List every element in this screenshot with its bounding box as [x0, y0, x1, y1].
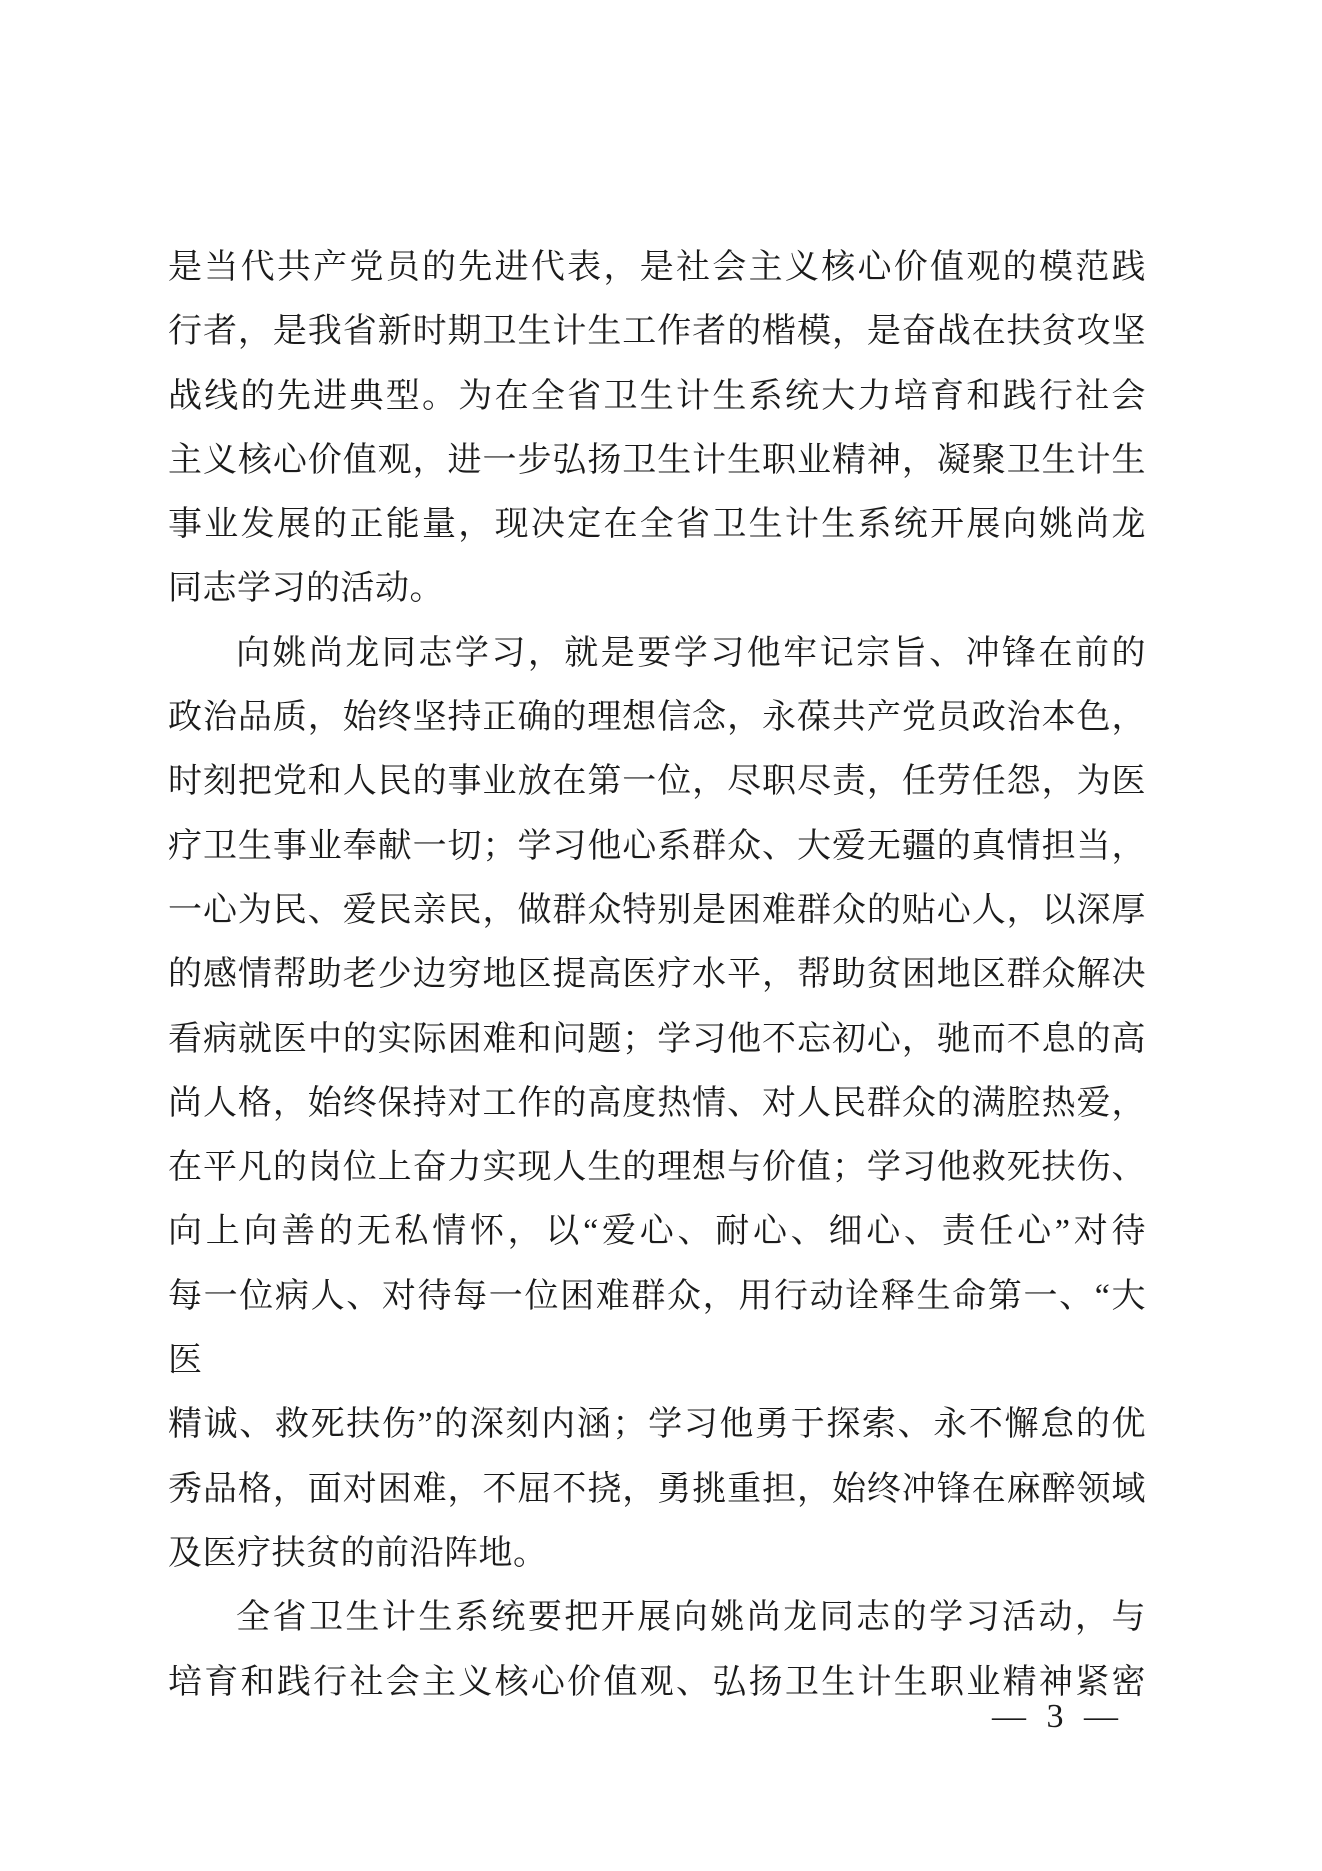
- text-line: 全省卫生计生系统要把开展向姚尚龙同志的学习活动，与: [168, 1586, 1146, 1650]
- document-body: 是当代共产党员的先进代表，是社会主义核心价值观的模范践行者，是我省新时期卫生计生…: [168, 236, 1146, 1715]
- text-line: 精诚、救死扶伤”的深刻内涵；学习他勇于探索、永不懈怠的优: [168, 1393, 1146, 1457]
- text-line: 每一位病人、对待每一位困难群众，用行动诠释生命第一、“大医: [168, 1265, 1146, 1394]
- text-line: 战线的先进典型。为在全省卫生计生系统大力培育和践行社会: [168, 365, 1146, 429]
- page-footer: — 3 —: [992, 1698, 1124, 1736]
- text-line: 在平凡的岗位上奋力实现人生的理想与价值；学习他救死扶伤、: [168, 1136, 1146, 1200]
- text-line: 政治品质，始终坚持正确的理想信念，永葆共产党员政治本色，: [168, 686, 1146, 750]
- text-line: 的感情帮助老少边穷地区提高医疗水平，帮助贫困地区群众解决: [168, 943, 1146, 1007]
- text-line: 主义核心价值观，进一步弘扬卫生计生职业精神，凝聚卫生计生: [168, 429, 1146, 493]
- text-line: 及医疗扶贫的前沿阵地。: [168, 1522, 1146, 1586]
- text-line: 向姚尚龙同志学习，就是要学习他牢记宗旨、冲锋在前的: [168, 622, 1146, 686]
- text-line: 是当代共产党员的先进代表，是社会主义核心价值观的模范践: [168, 236, 1146, 300]
- text-line: 一心为民、爱民亲民，做群众特别是困难群众的贴心人，以深厚: [168, 879, 1146, 943]
- text-line: 秀品格，面对困难，不屈不挠，勇挑重担，始终冲锋在麻醉领域: [168, 1458, 1146, 1522]
- text-line: 疗卫生事业奉献一切；学习他心系群众、大爱无疆的真情担当，: [168, 815, 1146, 879]
- text-line: 行者，是我省新时期卫生计生工作者的楷模，是奋战在扶贫攻坚: [168, 300, 1146, 364]
- text-line: 时刻把党和人民的事业放在第一位，尽职尽责，任劳任怨，为医: [168, 750, 1146, 814]
- text-line: 尚人格，始终保持对工作的高度热情、对人民群众的满腔热爱，: [168, 1072, 1146, 1136]
- text-line: 向上向善的无私情怀，以“爱心、耐心、细心、责任心”对待: [168, 1200, 1146, 1264]
- text-line: 事业发展的正能量，现决定在全省卫生计生系统开展向姚尚龙: [168, 493, 1146, 557]
- document-page: 是当代共产党员的先进代表，是社会主义核心价值观的模范践行者，是我省新时期卫生计生…: [0, 0, 1322, 1871]
- page-number: — 3 —: [992, 1698, 1124, 1735]
- text-line: 同志学习的活动。: [168, 557, 1146, 621]
- text-line: 看病就医中的实际困难和问题；学习他不忘初心，驰而不息的高: [168, 1008, 1146, 1072]
